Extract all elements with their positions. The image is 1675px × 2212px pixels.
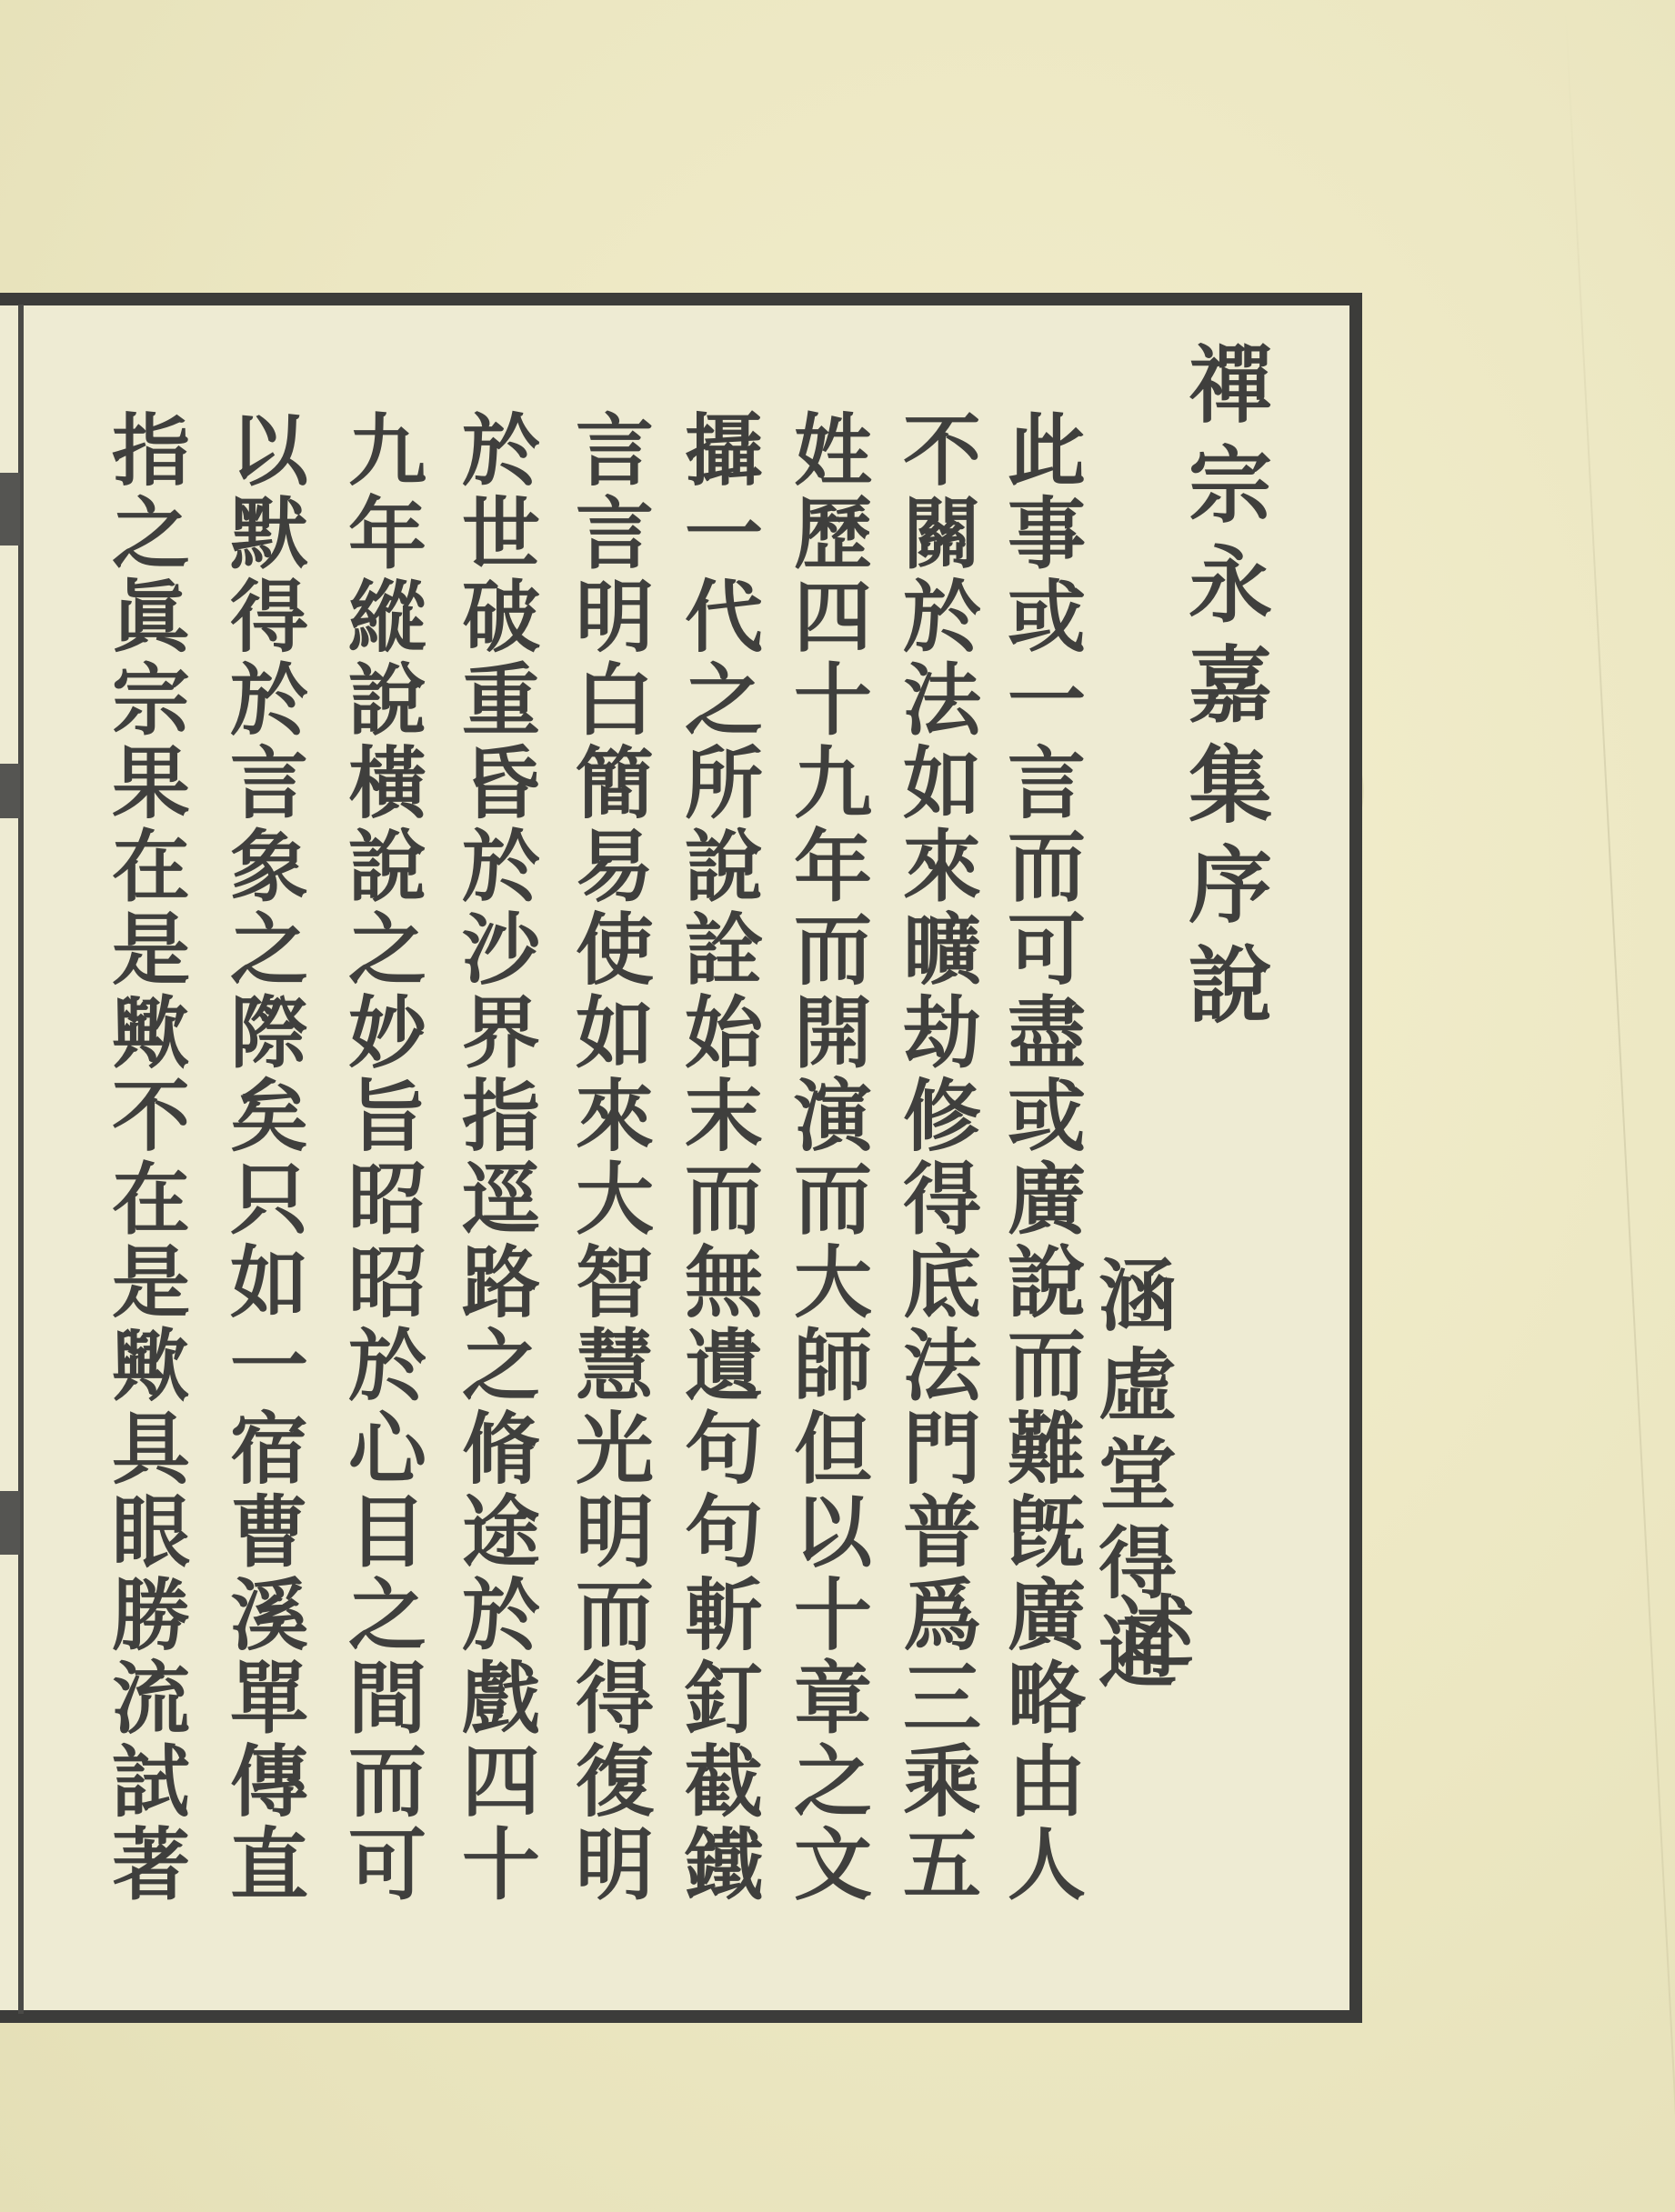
adjacent-page-mark (0, 473, 20, 545)
page-fold-shadow (1564, 0, 1675, 2209)
body-column-8: 以默得於言象之際矣只如一宿曹溪單傳直 (223, 409, 301, 1907)
inner-frame-line (7, 305, 24, 2014)
document-title: 禪宗永嘉集序說 (1182, 341, 1266, 1041)
body-column-6: 於世破重昏於沙界指逕路之脩途於戲四十 (455, 409, 533, 1907)
body-column-5: 言言明白簡易使如來大智慧光明而得復明 (568, 409, 647, 1907)
body-column-3: 姓歷四十九年而開演而大師但以十章之文 (787, 409, 865, 1907)
body-column-4: 攝一代之所說詮始末而無遺句句斬釘截鐵 (677, 409, 756, 1907)
body-column-2: 不關於法如來曠劫修得底法門普爲三乘五 (896, 409, 974, 1907)
body-column-9: 指之眞宗果在是歟不在是歟具眼勝流試著 (105, 409, 183, 1907)
author-verb: 述 (1091, 1591, 1204, 1669)
adjacent-page-mark (0, 764, 20, 818)
adjacent-page-mark (0, 1491, 20, 1555)
body-column-1: 此事或一言而可盡或廣說而難旣廣略由人 (1000, 409, 1078, 1907)
body-column-7: 九年縱說橫說之妙旨昭昭於心目之間而可 (341, 409, 419, 1907)
